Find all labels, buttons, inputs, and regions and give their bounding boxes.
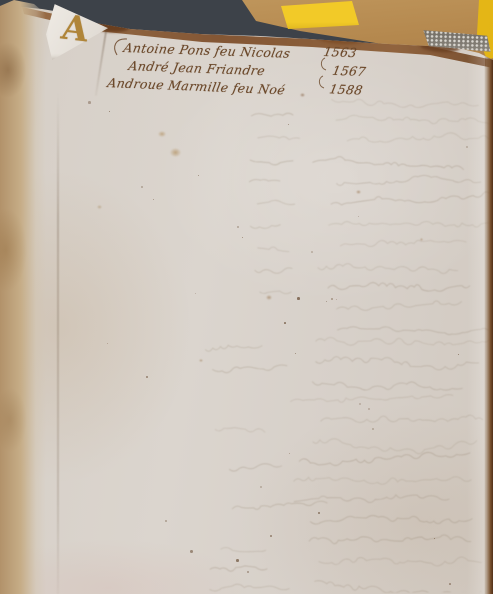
ghost-line (310, 515, 472, 525)
manuscript-page: Antoine Pons feu Nicolas 1563 André Jean… (0, 0, 493, 594)
ghost-line (331, 98, 478, 108)
stain (170, 148, 181, 157)
entry-folio: 1567 (331, 64, 367, 79)
ghost-line (318, 263, 458, 275)
ghost-line (318, 556, 481, 566)
folio-flourish (317, 56, 331, 72)
speck (318, 512, 320, 514)
speck (237, 226, 239, 228)
ghost-line (251, 113, 293, 116)
ghost-line (250, 160, 293, 166)
stain (300, 93, 305, 97)
entry-folio: 1588 (328, 82, 364, 97)
page-right-edge (484, 50, 493, 594)
folio-flourish (315, 74, 329, 90)
speck (88, 101, 91, 104)
ghost-line (229, 464, 282, 472)
speck (297, 297, 300, 300)
speck (284, 322, 286, 324)
speck (311, 251, 313, 253)
ghost-line (321, 415, 483, 423)
ghost-line (209, 584, 289, 591)
stain (158, 131, 166, 137)
ghost-line (221, 547, 266, 552)
stain (97, 205, 102, 209)
ghost-line (312, 380, 462, 391)
manuscript-photo: Antoine Pons feu Nicolas 1563 André Jean… (0, 0, 493, 594)
page-curl-highlight (467, 52, 485, 594)
ghost-line (313, 437, 477, 454)
ghost-line (215, 427, 265, 433)
ghost-line (255, 268, 293, 274)
speck (372, 428, 374, 430)
ghost-line (250, 224, 281, 228)
speck (359, 403, 361, 405)
ghost-line (293, 476, 471, 485)
ghost-line (340, 240, 466, 247)
speck (190, 550, 193, 553)
vertical-fold-crease (57, 92, 59, 594)
ghost-line (249, 179, 280, 182)
ghost-line (210, 566, 268, 572)
ghost-line (309, 535, 471, 544)
ghost-line (259, 291, 291, 294)
ghost-line (328, 282, 470, 293)
speck (449, 583, 451, 585)
ghost-line (232, 501, 327, 509)
ghost-line (315, 355, 479, 370)
binding-edge (0, 0, 46, 594)
stain (420, 238, 423, 241)
stain (199, 359, 203, 362)
speck (236, 559, 239, 562)
ghost-line (336, 301, 462, 311)
ghost-line (336, 175, 481, 186)
ghost-line (205, 345, 262, 351)
ghost-line (257, 247, 289, 252)
ghost-line (212, 365, 287, 373)
ghost-line (312, 155, 463, 171)
ghost-line (299, 452, 470, 466)
ghost-line (257, 200, 295, 205)
ghost-line (290, 395, 453, 403)
speck (270, 535, 272, 537)
stain (356, 190, 361, 194)
ghost-line (314, 579, 481, 594)
stain (266, 295, 272, 300)
speck (288, 124, 289, 125)
ghost-line (257, 136, 299, 140)
